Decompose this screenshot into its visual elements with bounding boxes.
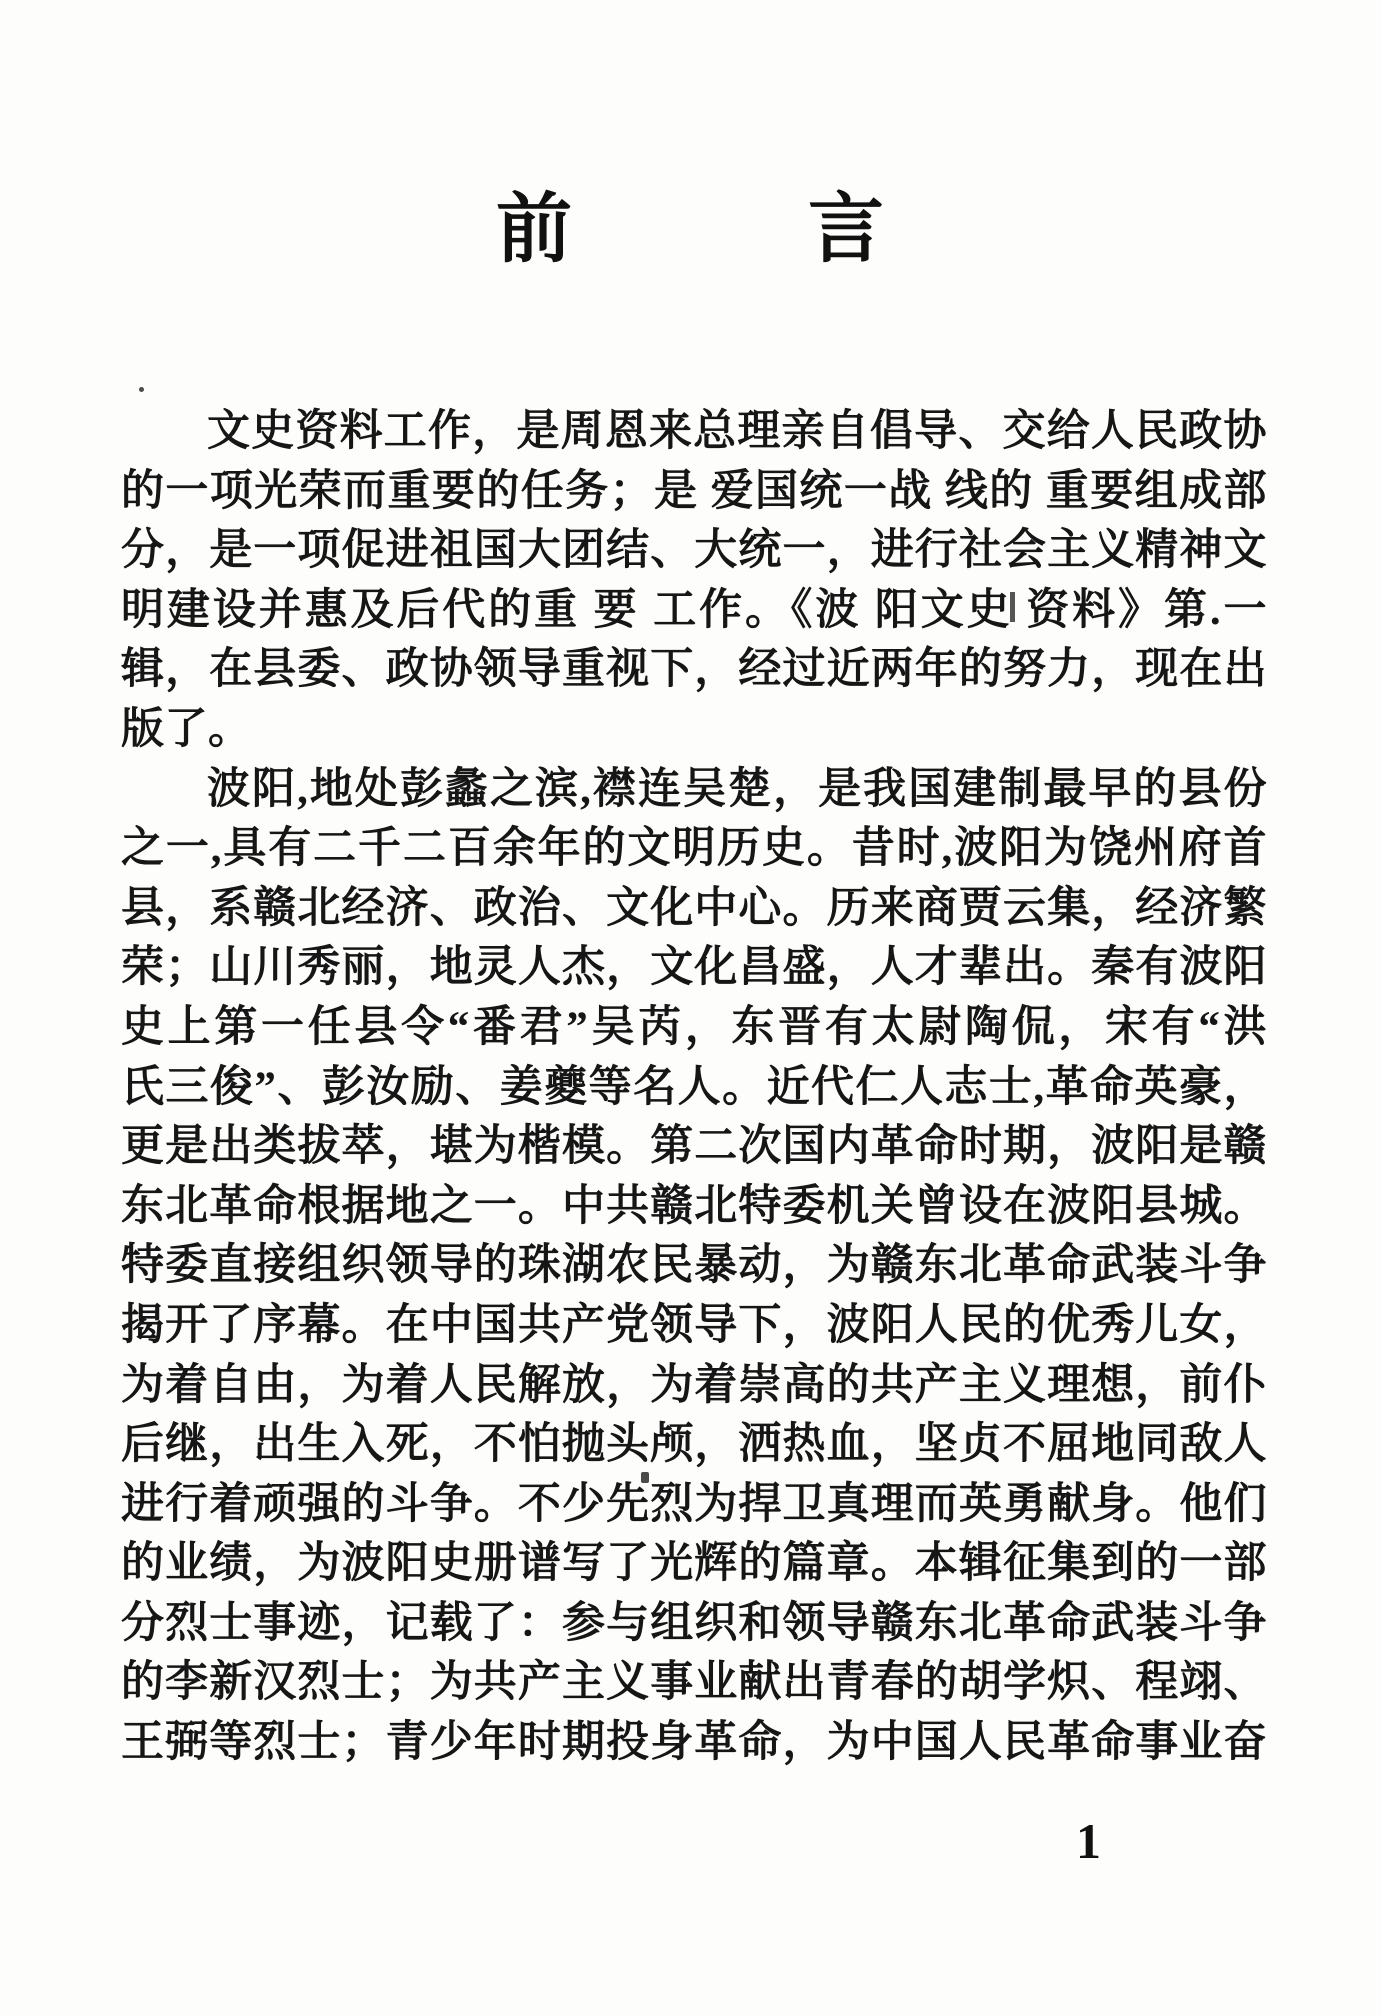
text-line: 版了。 [121,700,1267,760]
text-line: 东北革命根据地之一。中共赣北特委机关曾设在波阳县城。 [121,1177,1267,1237]
preface-body: 文史资料工作，是周恩来总理亲自倡导、交给人民政协 的一项光荣而重要的任务；是 爱… [121,402,1267,1773]
text-line: 县，系赣北经济、政治、文化中心。历来商贾云集，经济繁 [121,879,1267,939]
text-line: 王弼等烈士；青少年时期投身革命，为中国人民革命事业奋 [121,1713,1267,1773]
text-line: 特委直接组织领导的珠湖农民暴动，为赣东北革命武装斗争 [121,1236,1267,1296]
text-line: 的李新汉烈士；为共产主义事业献出青春的胡学炽、程翊、 [121,1653,1267,1713]
text-line: 荣；山川秀丽，地灵人杰，文化昌盛，人才辈出。秦有波阳 [121,938,1267,998]
page-title: 前 言 [0,168,1382,277]
text-line: 明建设并惠及后代的重 要 工作。《波 阳文史 资料》第.一 [121,581,1267,641]
text-line: 辑，在县委、政协领导重视下，经过近两年的努力，现在出 [121,640,1267,700]
text-line: 揭开了序幕。在中国共产党领导下，波阳人民的优秀儿女， [121,1296,1267,1356]
text-line: 之一,具有二千二百余年的文明历史。昔时,波阳为饶州府首 [121,819,1267,879]
text-line: 分烈士事迹，记载了：参与组织和领导赣东北革命武装斗争 [121,1594,1267,1654]
scanned-document-page: 前 言 文史资料工作，是周恩来总理亲自倡导、交给人民政协 的一项光荣而重要的任务… [0,0,1382,2016]
text-line: 文史资料工作，是周恩来总理亲自倡导、交给人民政协 [121,402,1267,462]
text-line: 进行着顽强的斗争。不少先烈为捍卫真理而英勇献身。他们 [121,1475,1267,1535]
text-line: 的一项光荣而重要的任务；是 爱国统一战 线的 重要组成部 [121,462,1267,522]
text-line: 的业绩，为波阳史册谱写了光辉的篇章。本辑征集到的一部 [121,1534,1267,1594]
text-line: 波阳,地处彭蠡之滨,襟连吴楚，是我国建制最早的县份 [121,760,1267,820]
text-line: 氏三俊”、彭汝励、姜夔等名人。近代仁人志士,革命英豪， [121,1058,1267,1118]
text-line: 后继，出生入死，不怕抛头颅，洒热血，坚贞不屈地同敌人 [121,1415,1267,1475]
ink-speck [139,387,144,392]
text-line: 史上第一任县令“番君”吴芮，东晋有太尉陶侃，宋有“洪 [121,998,1267,1058]
text-line: 更是出类拔萃，堪为楷模。第二次国内革命时期，波阳是赣 [121,1117,1267,1177]
page-number: 1 [1076,1812,1101,1870]
text-line: 为着自由，为着人民解放，为着崇高的共产主义理想，前仆 [121,1356,1267,1416]
text-line: 分，是一项促进祖国大团结、大统一，进行社会主义精神文 [121,521,1267,581]
